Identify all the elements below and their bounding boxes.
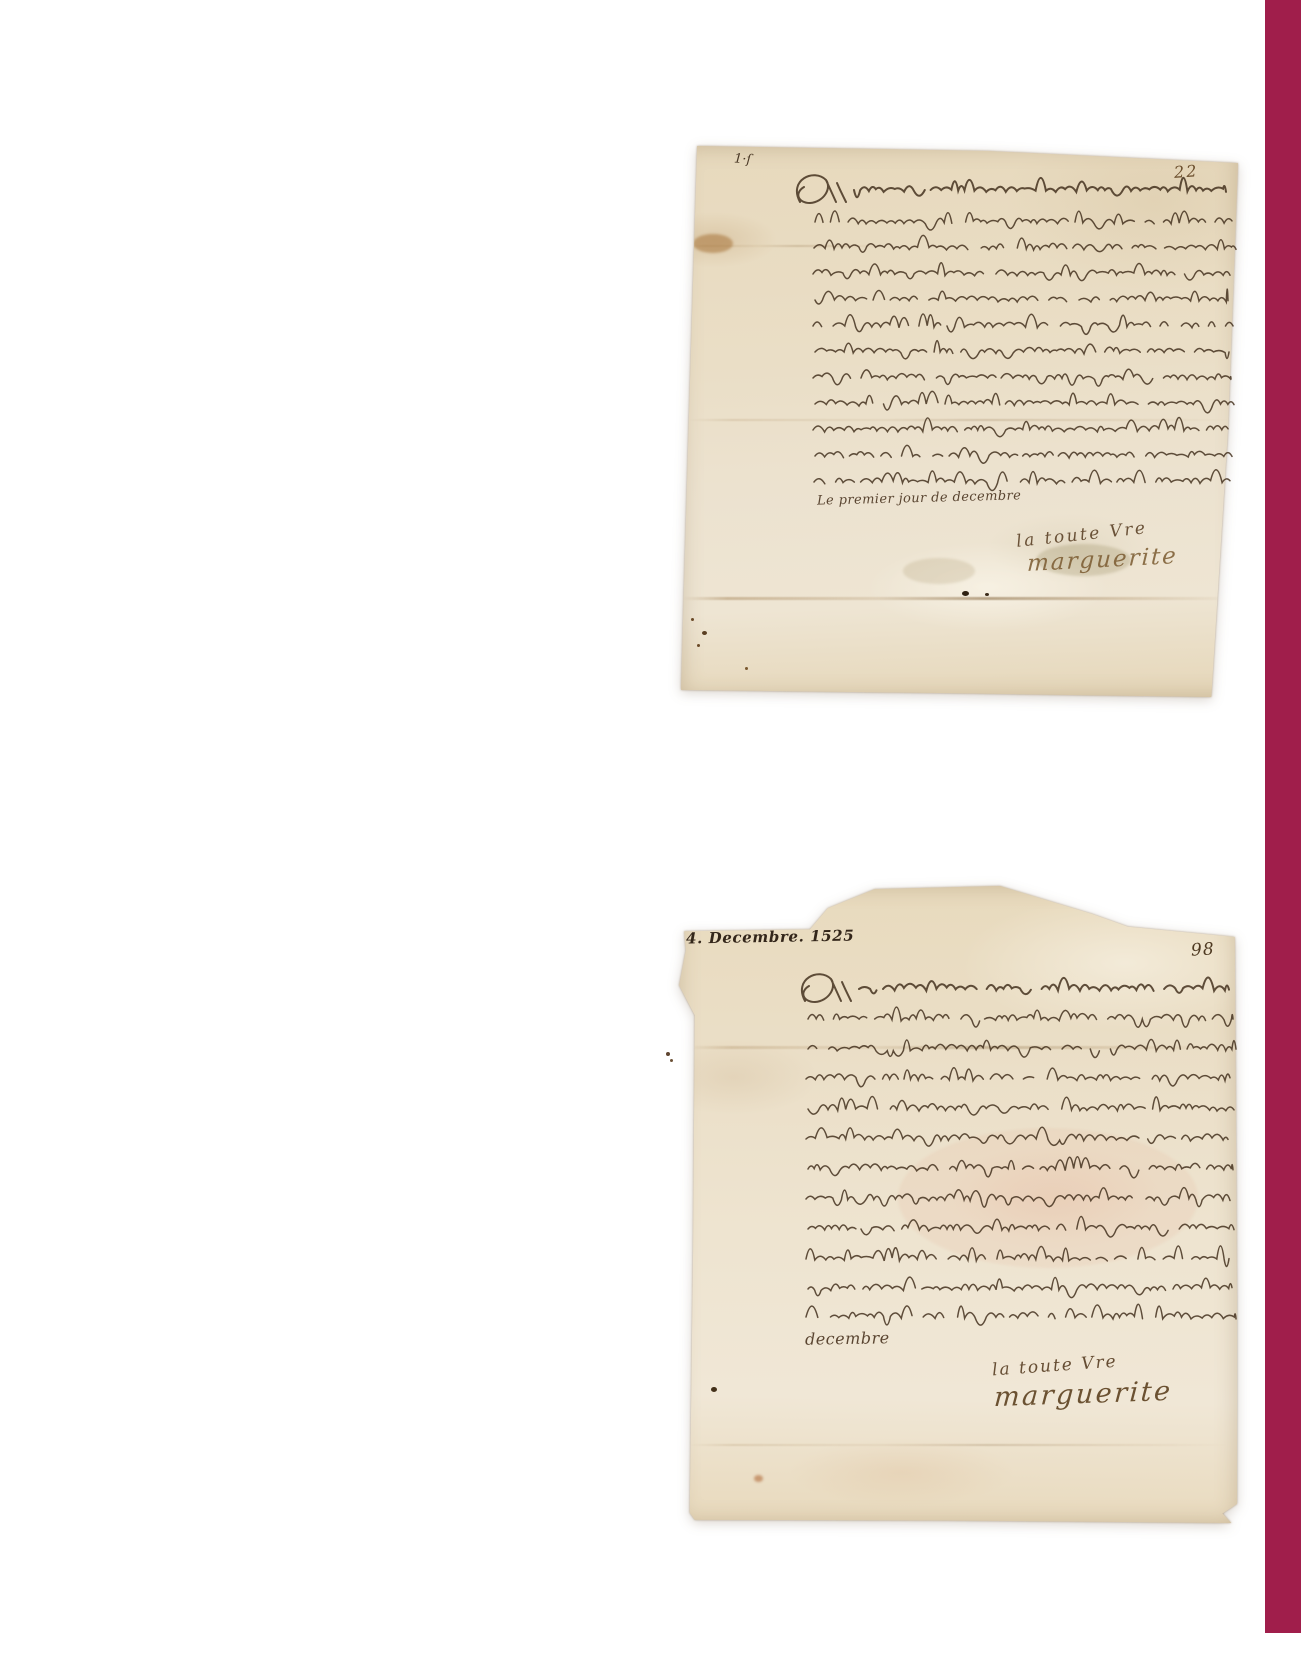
spine-accent-bar <box>1265 0 1301 1633</box>
letter-2-closing-line: la toute Vre <box>991 1352 1118 1381</box>
manuscript-letter-1: 1·ſ 22 Le premier jour de decembre la to… <box>681 146 1238 697</box>
letter-1-speck-b <box>702 631 707 635</box>
letter-1-ink-spot-a <box>962 591 969 596</box>
letter-2-archival-note: 4. Decembre. 1525 <box>686 927 855 948</box>
catalog-page: 1·ſ 22 Le premier jour de decembre la to… <box>0 0 1301 1672</box>
letter-2-last-word-line: decembre <box>805 1328 890 1348</box>
letter-1-speck-c <box>697 644 700 647</box>
letter-1-ink-spot-b <box>985 593 989 596</box>
letter-1-speck-d <box>745 667 748 670</box>
letter-2-fold-crease-upper <box>688 1046 1228 1049</box>
letter-2-rust-stain <box>754 1475 763 1482</box>
letter-2-folio-number: 98 <box>1190 939 1215 960</box>
page-speck-a <box>666 1052 670 1056</box>
letter-1-folio-number: 22 <box>1173 161 1199 182</box>
letter-1-date-line: Le premier jour de decembre <box>817 488 1022 508</box>
letter-1-smudge-left-of-signature <box>903 558 975 584</box>
letter-1-corner-note: 1·ſ <box>733 151 751 167</box>
letter-2-pink-wash <box>898 1128 1198 1268</box>
page-speck-b <box>670 1059 673 1062</box>
letter-2-paper-sheet: 4. Decembre. 1525 98 decembre la toute V… <box>678 886 1237 1523</box>
letter-1-edge-stain <box>693 234 733 253</box>
letter-1-paper-sheet: 1·ſ 22 Le premier jour de decembre la to… <box>681 146 1238 697</box>
letter-1-fold-crease-middle <box>689 419 1231 421</box>
letter-2-ink-spot <box>711 1387 717 1392</box>
manuscript-letter-2: 4. Decembre. 1525 98 decembre la toute V… <box>678 886 1237 1523</box>
letter-2-fold-crease-lower <box>690 1444 1230 1446</box>
letter-1-fold-crease-lower <box>683 597 1236 600</box>
letter-2-signature: marguerite <box>993 1376 1174 1413</box>
letter-1-speck-a <box>691 618 694 621</box>
